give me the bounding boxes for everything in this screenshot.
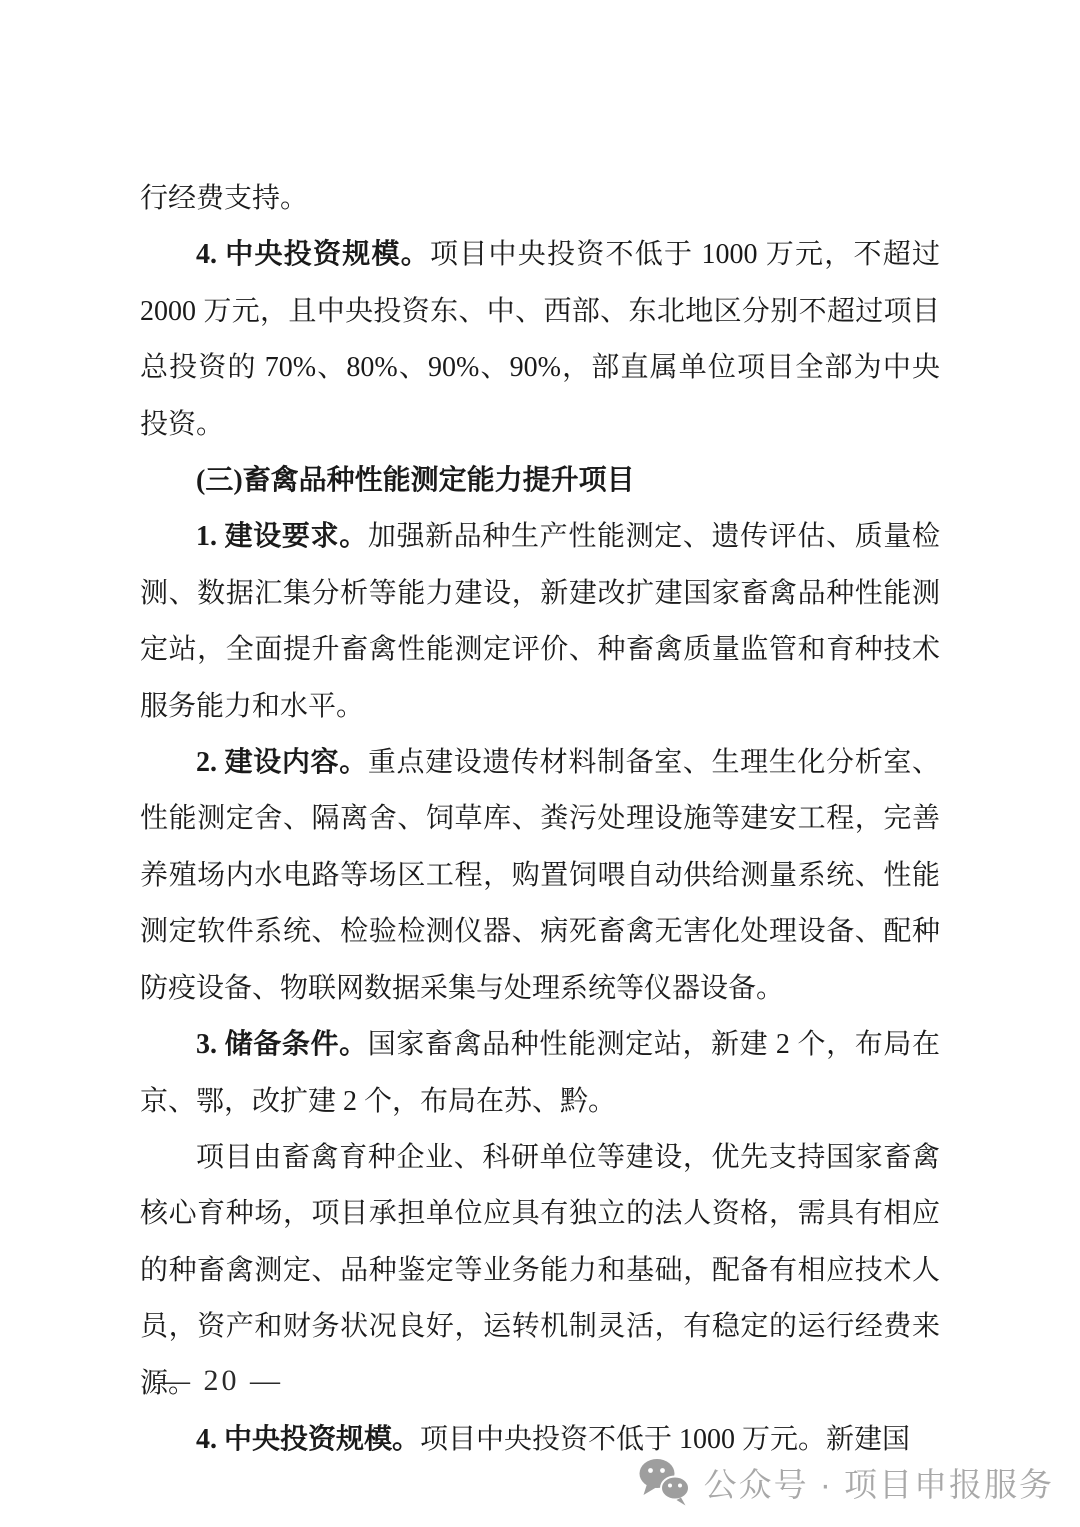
paragraph: 1. 建设要求。加强新品种生产性能测定、遗传评估、质量检测、数据汇集分析等能力建… bbox=[140, 509, 940, 735]
paragraph-label: 4. 中央投资规模。 bbox=[196, 239, 430, 270]
document-page: 行经费支持。4. 中央投资规模。项目中央投资不低于 1000 万元，不超过 20… bbox=[0, 0, 1080, 1527]
paragraph-text: 重点建设遗传材料制备室、生理生化分析室、性能测定舍、隔离舍、饲草库、粪污处理设施… bbox=[140, 747, 940, 1004]
paragraph-text: 项目中央投资不低于 1000 万元。新建国 bbox=[420, 1424, 910, 1455]
section-heading: (三)畜禽品种性能测定能力提升项目 bbox=[140, 453, 940, 509]
paragraph-text: 项目由畜禽育种企业、科研单位等建设，优先支持国家畜禽核心育种场，项目承担单位应具… bbox=[140, 1142, 940, 1399]
paragraph: 2. 建设内容。重点建设遗传材料制备室、生理生化分析室、性能测定舍、隔离舍、饲草… bbox=[140, 735, 940, 1017]
paragraph-label: 2. 建设内容。 bbox=[196, 747, 368, 778]
footer-watermark: 公众号 · 项目申报服务 bbox=[638, 1458, 1054, 1506]
paragraph-label: 3. 储备条件。 bbox=[196, 1029, 368, 1060]
paragraph-label: (三)畜禽品种性能测定能力提升项目 bbox=[196, 465, 635, 496]
wechat-icon bbox=[638, 1458, 692, 1506]
page-number: — 20 — bbox=[160, 1364, 283, 1398]
paragraph: 3. 储备条件。国家畜禽品种性能测定站，新建 2 个，布局在京、鄂，改扩建 2 … bbox=[140, 1017, 940, 1130]
paragraph: 行经费支持。 bbox=[140, 171, 940, 227]
paragraph: 4. 中央投资规模。项目中央投资不低于 1000 万元，不超过 2000 万元，… bbox=[140, 227, 940, 453]
paragraph-label: 4. 中央投资规模。 bbox=[196, 1424, 420, 1455]
paragraph-label: 1. 建设要求。 bbox=[196, 521, 368, 552]
footer-watermark-text: 公众号 · 项目申报服务 bbox=[704, 1459, 1054, 1506]
document-body: 行经费支持。4. 中央投资规模。项目中央投资不低于 1000 万元，不超过 20… bbox=[140, 171, 940, 1468]
paragraph-text: 行经费支持。 bbox=[140, 183, 308, 214]
